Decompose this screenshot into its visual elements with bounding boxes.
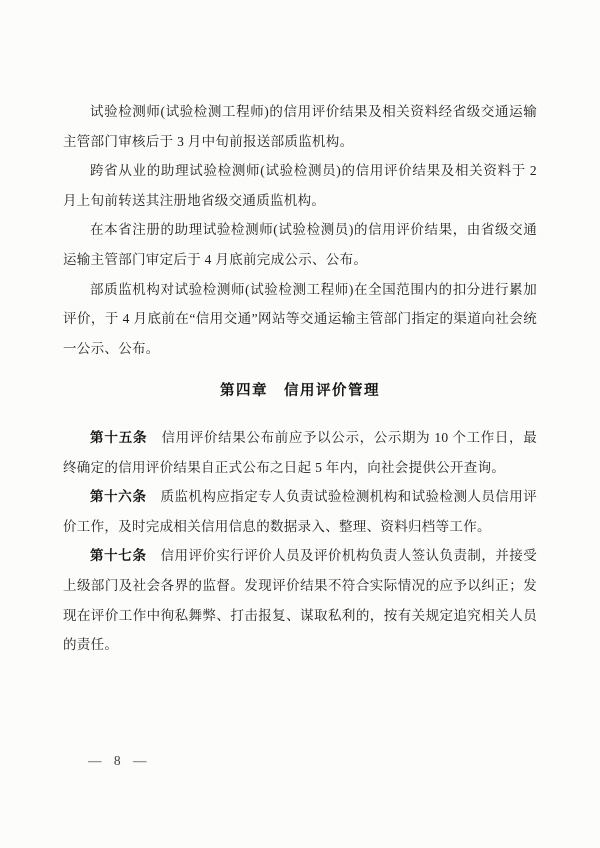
article-number: 第十五条: [90, 430, 147, 445]
article-number: 第十六条: [90, 489, 147, 504]
chapter-heading: 第四章 信用评价管理: [63, 377, 537, 407]
article-paragraph: 第十五条 信用评价结果公布前应予以公示，公示期为 10 个工作日，最终确定的信用…: [63, 423, 537, 482]
article-paragraph: 第十七条 信用评价实行评价人员及评价机构负责人签认负责制，并接受上级部门及社会各…: [63, 541, 537, 659]
page-number: — 8 —: [88, 753, 148, 768]
document-body: 试验检测师(试验检测工程师)的信用评价结果及相关资料经省级交通运输主管部门审核后…: [63, 97, 537, 660]
article-paragraph: 第十六条 质监机构应指定专人负责试验检测机构和试验检测人员信用评价工作，及时完成…: [63, 482, 537, 541]
article-number: 第十七条: [90, 548, 147, 563]
page-footer: — 8 —: [88, 753, 148, 769]
paragraph: 跨省从业的助理试验检测师(试验检测员)的信用评价结果及相关资料于 2 月上旬前转…: [63, 156, 537, 215]
document-page: 试验检测师(试验检测工程师)的信用评价结果及相关资料经省级交通运输主管部门审核后…: [0, 0, 600, 848]
paragraph: 试验检测师(试验检测工程师)的信用评价结果及相关资料经省级交通运输主管部门审核后…: [63, 97, 537, 156]
paragraph: 在本省注册的助理试验检测师(试验检测员)的信用评价结果，由省级交通运输主管部门审…: [63, 215, 537, 274]
paragraph: 部质监机构对试验检测师(试验检测工程师)在全国范围内的扣分进行累加评价，于 4 …: [63, 275, 537, 364]
